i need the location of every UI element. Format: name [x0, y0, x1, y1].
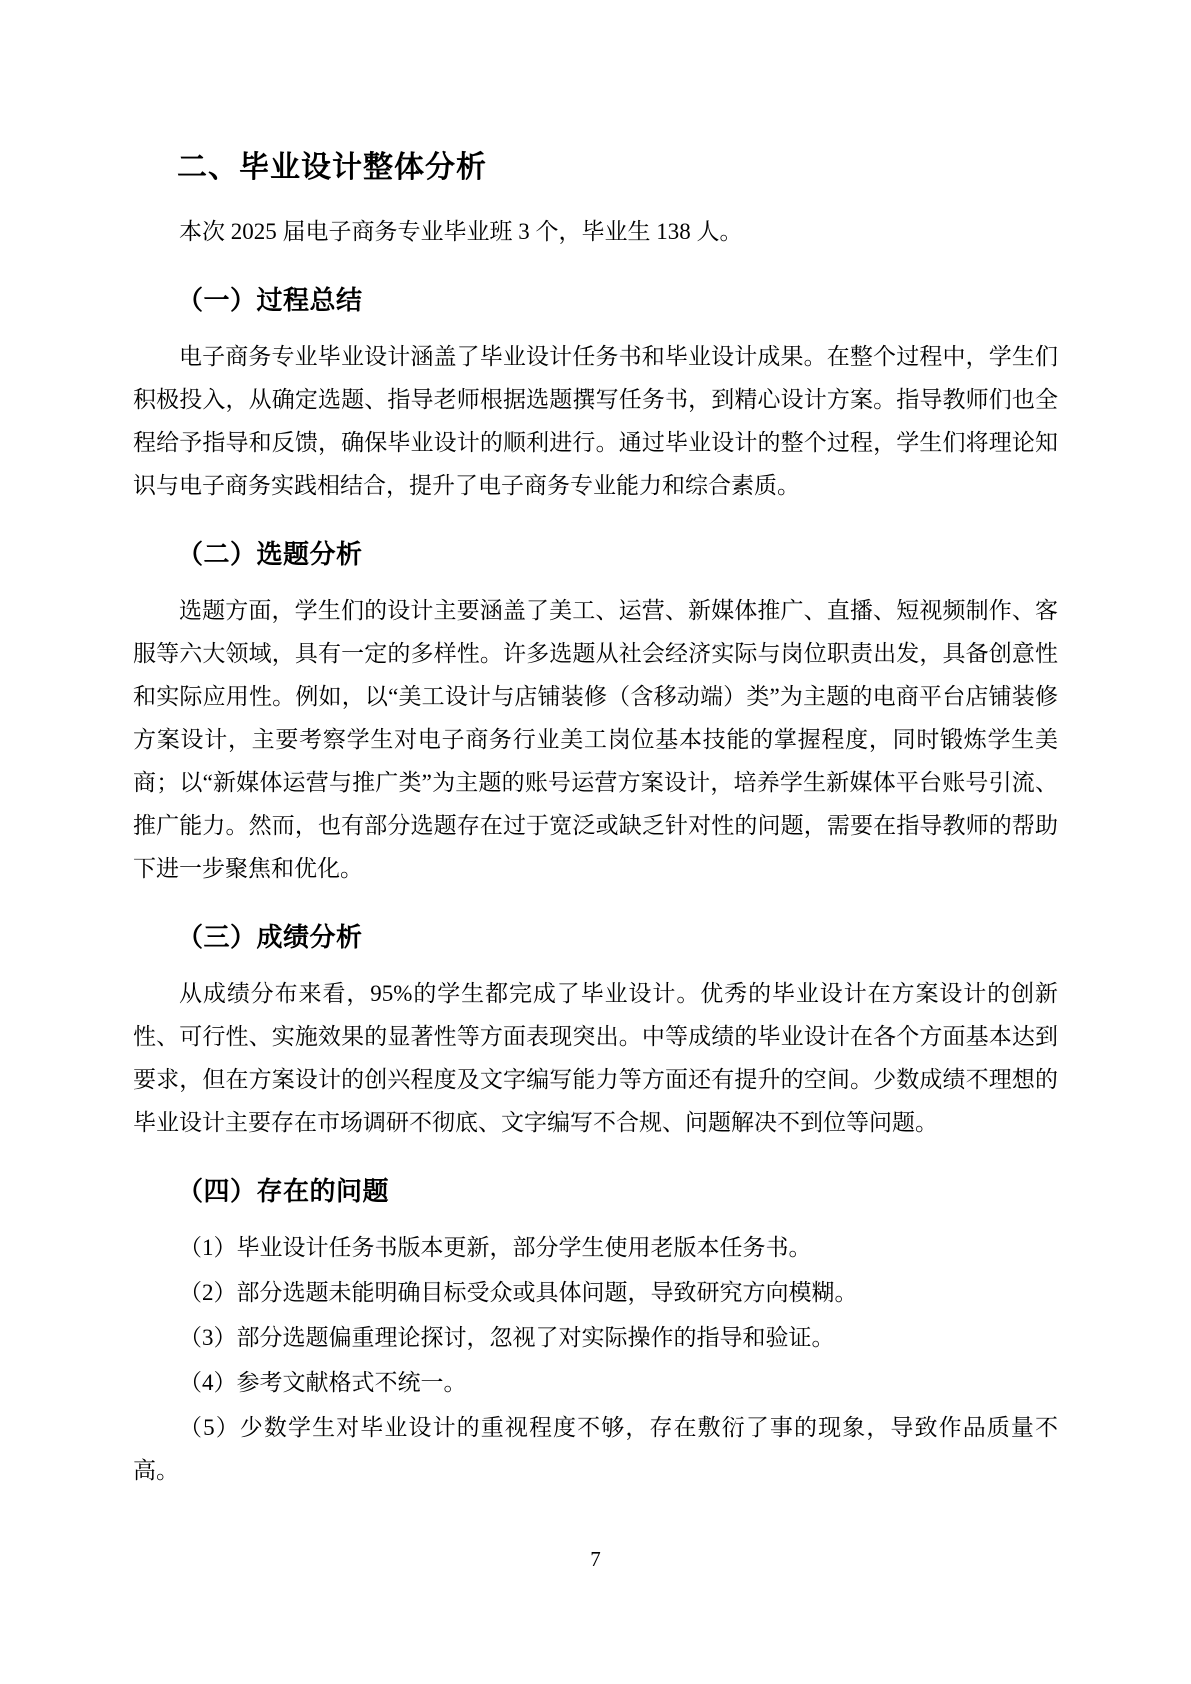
- problem-item-5: （5）少数学生对毕业设计的重视程度不够，存在敷衍了事的现象，导致作品质量不高。: [133, 1406, 1058, 1492]
- problem-item-1: （1）毕业设计任务书版本更新，部分学生使用老版本任务书。: [133, 1226, 1058, 1269]
- problem-item-4: （4）参考文献格式不统一。: [133, 1361, 1058, 1404]
- subsection-heading-topic-analysis: （二）选题分析: [133, 535, 1058, 573]
- subsection-heading-score-analysis: （三）成绩分析: [133, 918, 1058, 956]
- problem-item-2: （2）部分选题未能明确目标受众或具体问题，导致研究方向模糊。: [133, 1271, 1058, 1314]
- paragraph-score-analysis: 从成绩分布来看，95%的学生都完成了毕业设计。优秀的毕业设计在方案设计的创新性、…: [133, 972, 1058, 1144]
- page-number: 7: [0, 1546, 1191, 1572]
- intro-paragraph: 本次 2025 届电子商务专业毕业班 3 个，毕业生 138 人。: [133, 210, 1058, 253]
- paragraph-process-summary: 电子商务专业毕业设计涵盖了毕业设计任务书和毕业设计成果。在整个过程中，学生们积极…: [133, 335, 1058, 507]
- problem-item-3: （3）部分选题偏重理论探讨，忽视了对实际操作的指导和验证。: [133, 1316, 1058, 1359]
- subsection-heading-process-summary: （一）过程总结: [133, 281, 1058, 319]
- document-section-title: 二、毕业设计整体分析: [133, 146, 1058, 190]
- paragraph-topic-analysis: 选题方面，学生们的设计主要涵盖了美工、运营、新媒体推广、直播、短视频制作、客服等…: [133, 589, 1058, 890]
- subsection-heading-existing-problems: （四）存在的问题: [133, 1172, 1058, 1210]
- document-page: 二、毕业设计整体分析 本次 2025 届电子商务专业毕业班 3 个，毕业生 13…: [0, 0, 1191, 1684]
